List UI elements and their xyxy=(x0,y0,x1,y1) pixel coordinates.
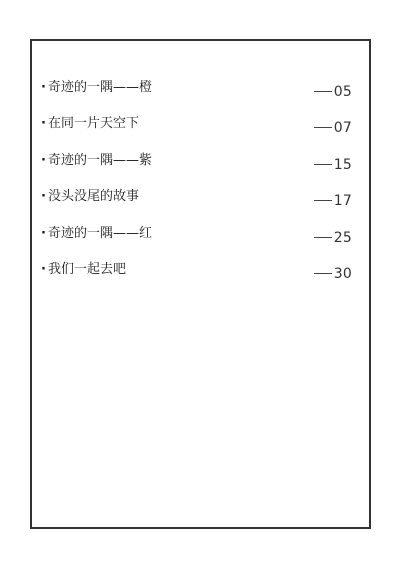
toc-entry-title[interactable]: ·在同一片天空下 xyxy=(41,116,139,132)
toc-entry-title-text: 奇迹的一隅——紫 xyxy=(48,153,152,168)
toc-entry[interactable]: ·我们一起去吧 30 xyxy=(32,262,369,292)
bullet-icon: · xyxy=(41,80,47,96)
toc-entry-page-number: 17 xyxy=(334,193,352,209)
toc-entry[interactable]: ·奇迹的一隅——红 25 xyxy=(32,226,369,256)
toc-entry-title-text: 奇迹的一隅——红 xyxy=(48,226,152,241)
dash-leader-icon xyxy=(314,237,332,238)
toc-entry-page: 15 xyxy=(314,156,352,174)
toc-entry-title-text: 奇迹的一隅——橙 xyxy=(48,80,152,95)
table-of-contents-frame: ·奇迹的一隅——橙 05 ·在同一片天空下 07 ·奇迹的一隅——紫 15 xyxy=(30,39,371,529)
toc-entry[interactable]: ·没头没尾的故事 17 xyxy=(32,189,369,219)
toc-entry-page-number: 07 xyxy=(334,120,352,136)
toc-entry-title-text: 没头没尾的故事 xyxy=(48,189,139,204)
bullet-icon: · xyxy=(41,226,47,242)
bullet-icon: · xyxy=(41,189,47,205)
toc-entry-page-number: 05 xyxy=(334,84,352,100)
toc-entry-page-number: 30 xyxy=(334,266,352,282)
toc-entry-title[interactable]: ·我们一起去吧 xyxy=(41,262,126,278)
dash-leader-icon xyxy=(314,273,332,274)
toc-entry-title[interactable]: ·奇迹的一隅——橙 xyxy=(41,80,152,96)
toc-entry-title[interactable]: ·奇迹的一隅——红 xyxy=(41,226,152,242)
dash-leader-icon xyxy=(314,127,332,128)
toc-entry[interactable]: ·奇迹的一隅——橙 05 xyxy=(32,80,369,110)
dash-leader-icon xyxy=(314,164,332,165)
toc-entry[interactable]: ·奇迹的一隅——紫 15 xyxy=(32,153,369,183)
dash-leader-icon xyxy=(314,200,332,201)
dash-leader-icon xyxy=(314,91,332,92)
toc-entry-page: 05 xyxy=(314,83,352,101)
toc-entry-page: 17 xyxy=(314,192,352,210)
toc-entry-title-text: 我们一起去吧 xyxy=(48,262,126,277)
toc-entry-title[interactable]: ·没头没尾的故事 xyxy=(41,189,139,205)
toc-entry-page: 07 xyxy=(314,119,352,137)
toc-entry[interactable]: ·在同一片天空下 07 xyxy=(32,116,369,146)
toc-entry-page-number: 25 xyxy=(334,230,352,246)
toc-entry-page-number: 15 xyxy=(334,157,352,173)
bullet-icon: · xyxy=(41,153,47,169)
toc-entry-title-text: 在同一片天空下 xyxy=(48,116,139,131)
toc-entry-title[interactable]: ·奇迹的一隅——紫 xyxy=(41,153,152,169)
toc-entry-page: 25 xyxy=(314,229,352,247)
toc-entry-page: 30 xyxy=(314,265,352,283)
bullet-icon: · xyxy=(41,116,47,132)
bullet-icon: · xyxy=(41,262,47,278)
